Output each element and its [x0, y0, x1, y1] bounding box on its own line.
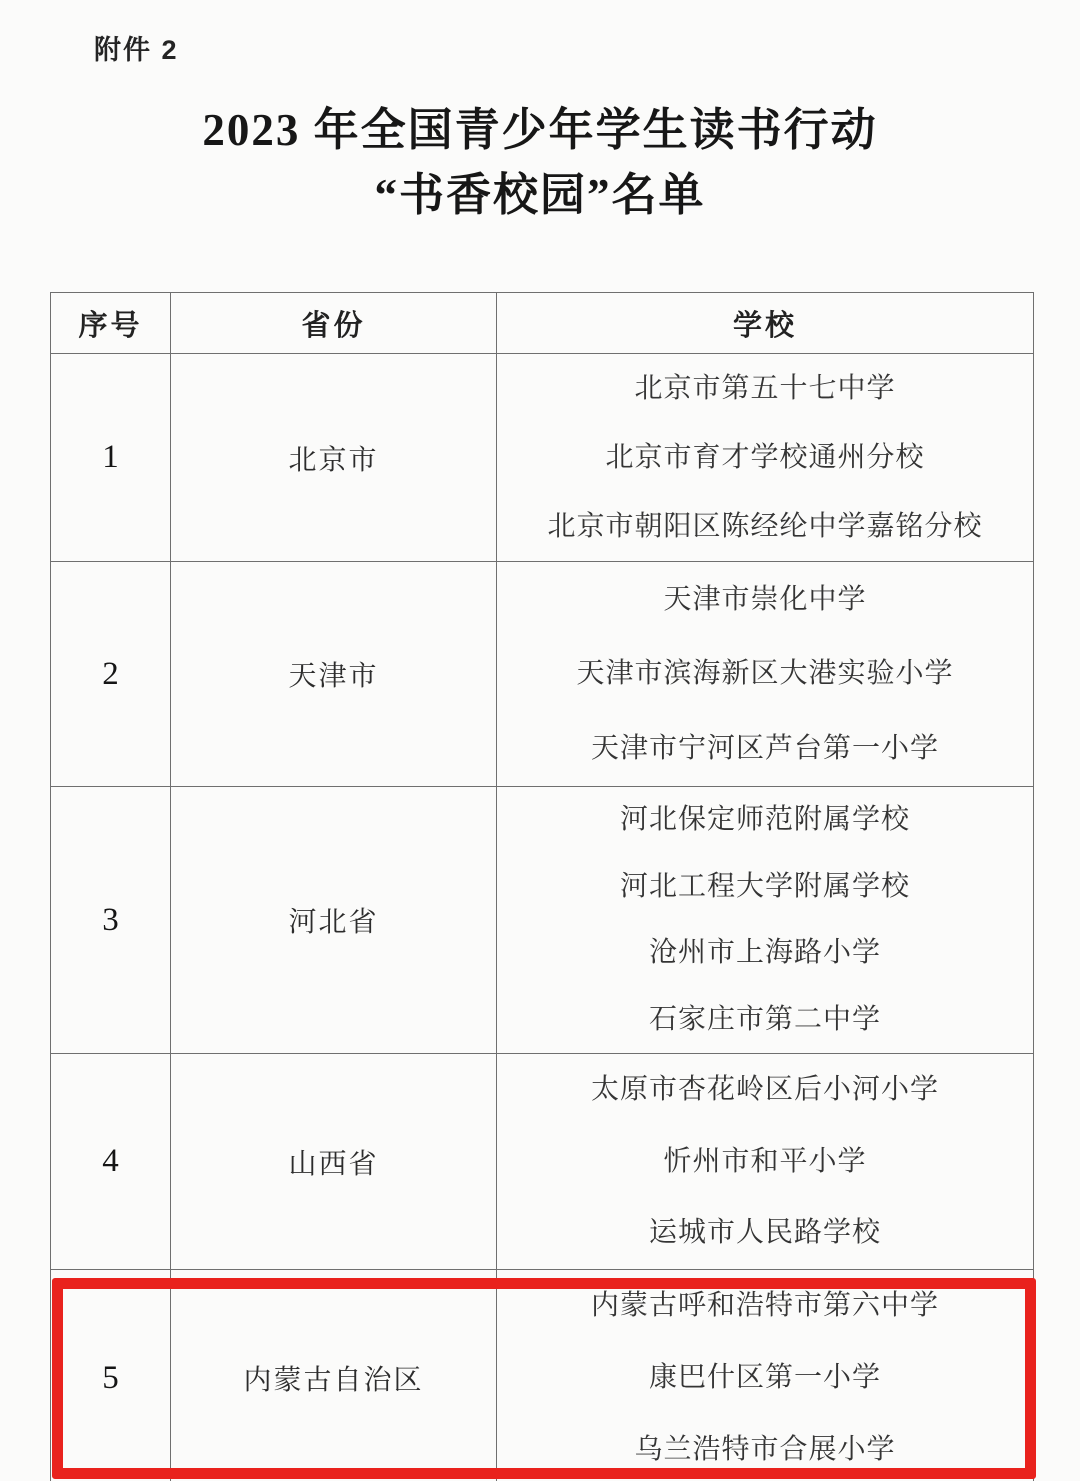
- row-index: 1: [51, 354, 171, 562]
- school-name: 北京市育才学校通州分校: [605, 441, 924, 475]
- school-name: 天津市崇化中学: [663, 583, 866, 617]
- school-name: 内蒙古呼和浩特市第六中学: [591, 1289, 939, 1323]
- title-line-1: 2023 年全国青少年学生读书行动: [0, 98, 1080, 163]
- table-row: 1 北京市 北京市第五十七中学 北京市育才学校通州分校 北京市朝阳区陈经纶中学嘉…: [51, 354, 1034, 562]
- col-header-province: 省份: [171, 293, 497, 354]
- document-page: 附件 2 2023 年全国青少年学生读书行动 “书香校园”名单 序号 省份 学校…: [0, 0, 1080, 1481]
- school-name: 太原市杏花岭区后小河小学: [591, 1073, 939, 1107]
- school-list: 北京市第五十七中学 北京市育才学校通州分校 北京市朝阳区陈经纶中学嘉铭分校: [497, 354, 1033, 561]
- school-name: 北京市朝阳区陈经纶中学嘉铭分校: [547, 510, 982, 544]
- school-name: 河北工程大学附属学校: [620, 870, 910, 904]
- school-list: 太原市杏花岭区后小河小学 忻州市和平小学 运城市人民路学校: [497, 1054, 1033, 1269]
- school-roster-table: 序号 省份 学校 1 北京市 北京市第五十七中学 北京市育才学校通州分校 北京市…: [50, 292, 1034, 1481]
- table-row: 2 天津市 天津市崇化中学 天津市滨海新区大港实验小学 天津市宁河区芦台第一小学: [51, 562, 1034, 787]
- title-line-2: “书香校园”名单: [0, 163, 1080, 228]
- table-row: 4 山西省 太原市杏花岭区后小河小学 忻州市和平小学 运城市人民路学校: [51, 1054, 1034, 1270]
- school-name: 石家庄市第二中学: [649, 1003, 881, 1037]
- table-row: 3 河北省 河北保定师范附属学校 河北工程大学附属学校 沧州市上海路小学 石家庄…: [51, 787, 1034, 1054]
- row-province: 北京市: [171, 354, 497, 562]
- row-index: 4: [51, 1054, 171, 1270]
- school-name: 河北保定师范附属学校: [620, 803, 910, 837]
- school-name: 康巴什区第一小学: [649, 1361, 881, 1395]
- school-name: 沧州市上海路小学: [649, 936, 881, 970]
- document-title: 2023 年全国青少年学生读书行动 “书香校园”名单: [0, 98, 1080, 228]
- school-list: 天津市崇化中学 天津市滨海新区大港实验小学 天津市宁河区芦台第一小学: [497, 562, 1033, 786]
- school-name: 忻州市和平小学: [663, 1145, 866, 1179]
- col-header-school: 学校: [497, 293, 1034, 354]
- school-list: 内蒙古呼和浩特市第六中学 康巴什区第一小学 乌兰浩特市合展小学: [497, 1270, 1033, 1481]
- row-index: 2: [51, 562, 171, 787]
- attachment-label: 附件 2: [94, 28, 179, 67]
- row-province: 内蒙古自治区: [171, 1270, 497, 1481]
- row-province: 天津市: [171, 562, 497, 787]
- table-header-row: 序号 省份 学校: [51, 293, 1034, 354]
- school-name: 天津市滨海新区大港实验小学: [576, 657, 953, 691]
- row-province: 河北省: [171, 787, 497, 1054]
- school-list: 河北保定师范附属学校 河北工程大学附属学校 沧州市上海路小学 石家庄市第二中学: [497, 787, 1033, 1053]
- school-name: 运城市人民路学校: [649, 1216, 881, 1250]
- school-name: 天津市宁河区芦台第一小学: [591, 732, 939, 766]
- school-name: 乌兰浩特市合展小学: [634, 1433, 895, 1467]
- col-header-index: 序号: [51, 293, 171, 354]
- row-index: 3: [51, 787, 171, 1054]
- school-name: 北京市第五十七中学: [634, 372, 895, 406]
- row-index: 5: [51, 1270, 171, 1481]
- row-province: 山西省: [171, 1054, 497, 1270]
- table-row-highlighted: 5 内蒙古自治区 内蒙古呼和浩特市第六中学 康巴什区第一小学 乌兰浩特市合展小学: [51, 1270, 1034, 1481]
